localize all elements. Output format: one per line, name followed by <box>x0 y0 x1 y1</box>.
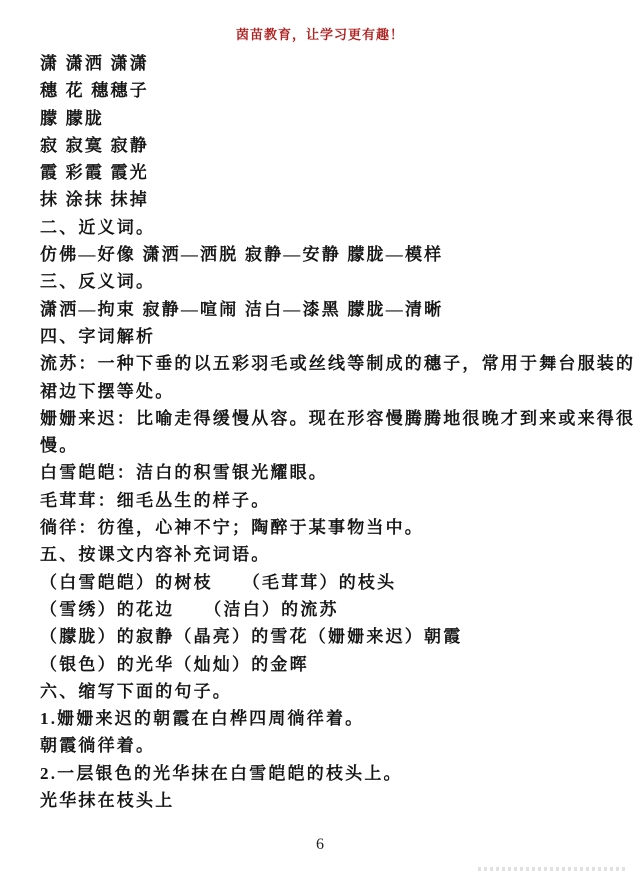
definition-baixueaiai-line: 白雪皑皑：洁白的积雪银光耀眼。 <box>40 459 604 486</box>
word-family-line: 寂 寂寞 寂静 <box>40 132 604 159</box>
fill-words-line: （雪绣）的花边 （洁白）的流苏 <box>40 596 604 623</box>
section-heading-abbreviate-sentences: 六、缩写下面的句子。 <box>40 678 604 705</box>
sentence-abbreviated-line: 朝霞徜徉着。 <box>40 732 604 759</box>
brand-slogan: 茵苗教育，让学习更有趣！ <box>0 24 640 43</box>
section-heading-synonyms: 二、近义词。 <box>40 214 604 241</box>
word-family-line: 穗 花 穗穗子 <box>40 77 604 104</box>
sentence-original-line: 2.一层银色的光华抹在白雪皑皑的枝头上。 <box>40 760 604 787</box>
fill-words-line: （银色）的光华（灿灿）的金晖 <box>40 651 604 678</box>
word-family-line: 霞 彩霞 霞光 <box>40 159 604 186</box>
definition-maorongrong-line: 毛茸茸：细毛丛生的样子。 <box>40 487 604 514</box>
section-heading-antonyms: 三、反义词。 <box>40 268 604 295</box>
fill-words-line: （朦胧）的寂静（晶亮）的雪花（姗姗来迟）朝霞 <box>40 623 604 650</box>
worksheet-body: 潇 潇洒 潇潇 穗 花 穗穗子 朦 朦胧 寂 寂寞 寂静 霞 彩霞 霞光 抹 涂… <box>40 50 604 814</box>
definition-changyang-line: 徜徉：彷徨，心神不宁；陶醉于某事物当中。 <box>40 514 604 541</box>
word-family-line: 抹 涂抹 抹掉 <box>40 186 604 213</box>
definition-liusu-continuation: 裙边下摆等处。 <box>40 378 604 405</box>
section-heading-definitions: 四、字词解析 <box>40 323 604 350</box>
sentence-abbreviated-line: 光华抹在枝头上 <box>40 787 604 814</box>
section-heading-fill-words: 五、按课文内容补充词语。 <box>40 541 604 568</box>
faint-watermark <box>478 867 628 871</box>
definition-liusu-line: 流苏：一种下垂的以五彩羽毛或丝线等制成的穗子，常用于舞台服装的 <box>40 350 604 377</box>
worksheet-page: 茵苗教育，让学习更有趣！ 潇 潇洒 潇潇 穗 花 穗穗子 朦 朦胧 寂 寂寞 寂… <box>0 0 640 873</box>
word-family-line: 朦 朦胧 <box>40 105 604 132</box>
synonyms-line: 仿佛—好像 潇洒—洒脱 寂静—安静 朦胧—模样 <box>40 241 604 268</box>
page-number: 6 <box>0 836 640 854</box>
definition-shanshanlaichi-continuation: 慢。 <box>40 432 604 459</box>
fill-words-line: （白雪皑皑）的树枝 （毛茸茸）的枝头 <box>40 569 604 596</box>
definition-shanshanlaichi-line: 姗姗来迟：比喻走得缓慢从容。现在形容慢腾腾地很晚才到来或来得很 <box>40 405 604 432</box>
word-family-line: 潇 潇洒 潇潇 <box>40 50 604 77</box>
antonyms-line: 潇洒—拘束 寂静—喧闹 洁白—漆黑 朦胧—清晰 <box>40 296 604 323</box>
sentence-original-line: 1.姗姗来迟的朝霞在白桦四周徜徉着。 <box>40 705 604 732</box>
